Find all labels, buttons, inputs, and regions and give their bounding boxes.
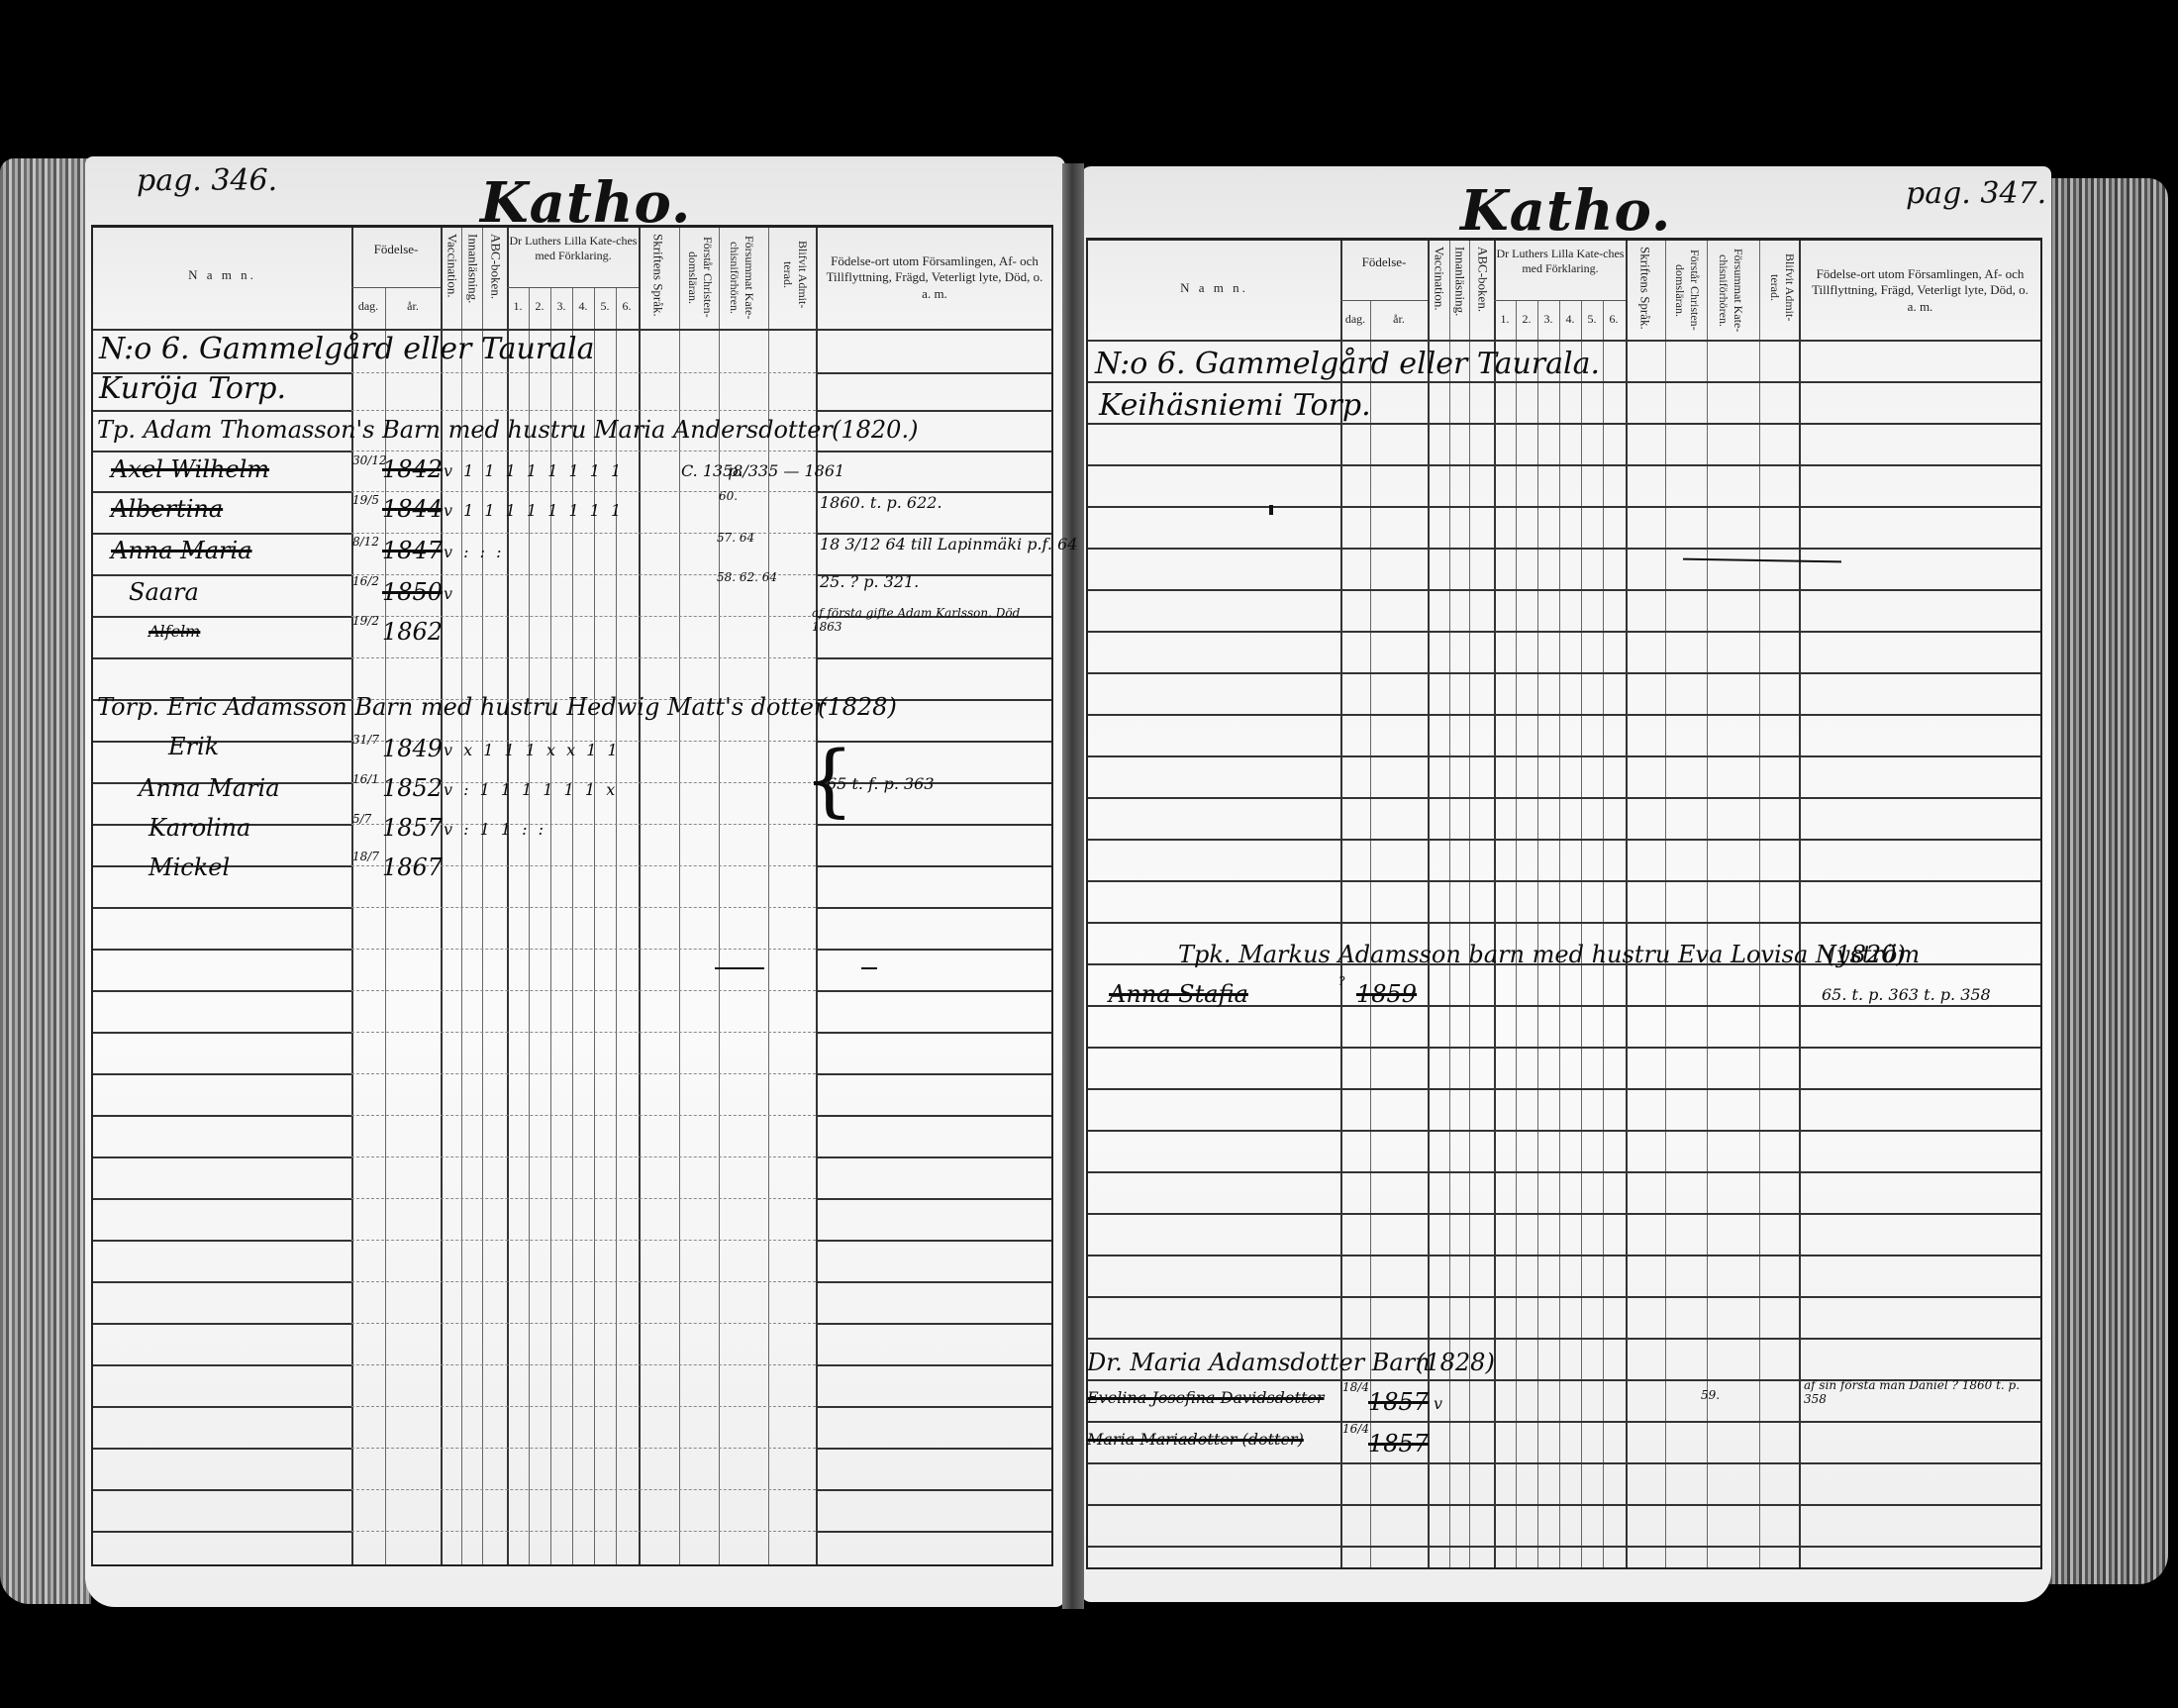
left-entry-saara-year: 1850 xyxy=(382,578,443,606)
header-cat-4: 4. xyxy=(1559,312,1581,327)
right-entry-head-markus: Tpk. Markus Adamsson barn med hustru Eva… xyxy=(1178,941,1920,968)
left-entry-head-adam: Tp. Adam Thomasson's Barn med hustru Mar… xyxy=(97,416,833,444)
left-entry-anna-maria-1-note: 18 3/12 64 till Lapinmäki p.f. 64 xyxy=(820,535,1077,553)
header-abc-book: ABC-boken. xyxy=(487,234,503,299)
left-entry-alfelm: Alfelm xyxy=(148,622,200,641)
header-notes: Födelse-ort utom Församlingen, Af- och T… xyxy=(1809,266,2031,315)
left-entry-anna-maria-1: Anna Maria xyxy=(111,537,252,564)
header-scripture: Skriftens Språk. xyxy=(649,234,665,317)
page-number-right: pag. 347. xyxy=(1906,176,2046,211)
left-entry-alfelm-day: 19/2 xyxy=(352,614,379,628)
left-entry-anna-maria-2-marks: v : 1 1 1 1 1 1 x xyxy=(444,780,618,799)
right-entry-evelina-year: 1857 xyxy=(1368,1388,1429,1416)
header-cat-2: 2. xyxy=(529,299,550,314)
header-understands: Förstår Christen-domsläran. xyxy=(1672,245,1702,336)
header-reading: Innanläsning. xyxy=(1451,247,1467,316)
header-cat-1: 1. xyxy=(1494,312,1516,327)
left-entry-anna-maria-1-day: 8/12 xyxy=(352,535,379,549)
header-birth-day: dag. xyxy=(351,299,385,314)
header-understands: Förstår Christen-domsläran. xyxy=(685,232,715,323)
right-entry-croft: Keihäsniemi Torp. xyxy=(1099,388,1371,423)
left-entry-erik-day: 31/7 xyxy=(352,733,379,747)
left-entry-mickel-year: 1867 xyxy=(382,854,443,881)
header-cat-4: 4. xyxy=(572,299,594,314)
left-entry-karolina: Karolina xyxy=(148,814,250,842)
left-entry-saara-day: 16/2 xyxy=(352,574,379,588)
left-entry-erik: Erik xyxy=(168,733,219,760)
right-entry-head-markus-note: (1820) xyxy=(1827,941,1906,968)
left-entry-axel: Axel Wilhelm xyxy=(111,455,269,483)
left-entry-croft: Kuröja Torp. xyxy=(99,371,286,406)
book-page-edges-right xyxy=(2049,178,2168,1584)
left-entry-erik-year: 1849 xyxy=(382,735,443,762)
header-reading: Innanläsning. xyxy=(464,234,480,303)
header-birth: Födelse- xyxy=(1340,254,1428,270)
header-scripture: Skriftens Språk. xyxy=(1636,247,1652,330)
right-entry-maria-mariadotter-year: 1857 xyxy=(1368,1430,1429,1457)
left-entry-mickel: Mickel xyxy=(148,854,230,881)
left-entry-head-eric: Torp. Eric Adamsson Barn med hustru Hedw… xyxy=(97,693,825,721)
header-missed: Försummat Kate-chisniförhören. xyxy=(727,232,756,323)
left-entry-albertina: Albertina xyxy=(111,495,223,523)
left-entry-anna-maria-1-marks: v : : : xyxy=(444,543,504,561)
left-entry-farm: N:o 6. Gammelgård eller Taurala xyxy=(99,332,594,366)
left-entry-karolina-marks: v : 1 1 : : xyxy=(444,820,546,839)
header-cat-2: 2. xyxy=(1516,312,1537,327)
header-vaccination: Vaccination. xyxy=(444,234,459,298)
right-entry-head-maria: Dr. Maria Adamsdotter Barn xyxy=(1087,1349,1431,1376)
left-entry-anna-maria-2: Anna Maria xyxy=(139,774,280,802)
left-entry-axel-year: 1842 xyxy=(382,455,443,483)
left-entry-karolina-year: 1857 xyxy=(382,814,443,842)
left-entry-albertina-marks: v 1 1 1 1 1 1 1 1 xyxy=(444,501,624,520)
header-birth-year: år. xyxy=(385,299,441,314)
left-entry-axel-marks: v 1 1 1 1 1 1 1 1 xyxy=(444,461,624,480)
left-entry-albertina-admitted: 60. xyxy=(719,489,738,503)
right-entry-evelina-day: 18/4 xyxy=(1342,1380,1369,1394)
left-entry-erik-marks: v x 1 1 1 x x 1 1 xyxy=(444,741,621,759)
right-entry-anna-stafia: Anna Stafia xyxy=(1109,980,1248,1008)
left-entry-head-eric-note: (1828) xyxy=(818,693,897,721)
left-entry-anna-maria-1-year: 1847 xyxy=(382,537,443,564)
left-entry-mickel-day: 18/7 xyxy=(352,850,379,863)
book-page-edges-left xyxy=(0,158,91,1604)
ink-stroke xyxy=(715,967,764,969)
left-entry-saara-marks: v xyxy=(444,584,452,603)
book-gutter xyxy=(1062,163,1084,1609)
header-birth: Födelse- xyxy=(351,242,441,257)
right-entry-anna-stafia-year: 1859 xyxy=(1356,980,1417,1008)
left-entry-anna-maria-2-year: 1852 xyxy=(382,774,443,802)
right-entry-evelina-note: af sin första man Daniel ? 1860 t. p. 35… xyxy=(1804,1378,2037,1406)
header-cat-5: 5. xyxy=(594,299,616,314)
header-missed: Försummat Kate-chisniförhören. xyxy=(1716,245,1745,336)
header-cat-6: 6. xyxy=(616,299,638,314)
header-name: N a m n. xyxy=(1088,280,1340,296)
left-family-brace: { xyxy=(804,741,854,820)
right-entry-evelina-admitted: 59. xyxy=(1701,1388,1720,1402)
left-entry-alfelm-note: af första gifte Adam Karlsson. Död 1863 xyxy=(812,606,1045,634)
right-entry-farm: N:o 6. Gammelgård eller Taurala. xyxy=(1095,347,1600,381)
left-entry-axel-admitted: 58/335 — 1861 xyxy=(723,461,844,480)
header-catechism: Dr Luthers Lilla Kate-ches med Förklarin… xyxy=(509,234,638,263)
header-abc-book: ABC-boken. xyxy=(1474,247,1490,312)
header-cat-1: 1. xyxy=(507,299,529,314)
right-entry-anna-stafia-day: ? xyxy=(1338,974,1344,988)
left-entry-anna-maria-1-admitted: 57. 64 xyxy=(717,531,754,545)
left-entry-anna-maria-2-day: 16/1 xyxy=(352,772,379,786)
header-catechism: Dr Luthers Lilla Kate-ches med Förklarin… xyxy=(1496,247,1625,276)
header-notes: Födelse-ort utom Församlingen, Af- och T… xyxy=(826,253,1043,302)
header-cat-3: 3. xyxy=(550,299,572,314)
header-birth-year: år. xyxy=(1370,312,1428,327)
header-admitted: Blifvit Admit-terad. xyxy=(1767,252,1797,322)
ink-spot xyxy=(1269,505,1273,515)
left-entry-saara-admitted: 58. 62. 64 xyxy=(717,570,777,584)
ink-stroke xyxy=(861,967,877,969)
header-cat-5: 5. xyxy=(1581,312,1603,327)
right-entry-evelina: Evelina Josefina Davidsdotter xyxy=(1087,1388,1325,1407)
header-birth-day: dag. xyxy=(1340,312,1370,327)
right-entry-maria-mariadotter: Maria Mariadotter (dotter) xyxy=(1087,1430,1304,1449)
left-entry-head-adam-note: (1820.) xyxy=(832,416,918,444)
right-entry-maria-mariadotter-day: 16/4 xyxy=(1342,1422,1369,1436)
right-entry-anna-stafia-note: 65. t. p. 363 t. p. 358 xyxy=(1822,985,1991,1004)
left-entry-albertina-note: 1860. t. p. 622. xyxy=(820,493,942,512)
page-number-left: pag. 346. xyxy=(137,163,277,198)
left-entry-albertina-day: 19/5 xyxy=(352,493,379,507)
header-vaccination: Vaccination. xyxy=(1431,247,1446,311)
right-entry-head-maria-note: (1828) xyxy=(1416,1349,1495,1376)
header-admitted: Blifvit Admit-terad. xyxy=(780,240,810,309)
header-cat-3: 3. xyxy=(1537,312,1559,327)
left-entry-karolina-day: 5/7 xyxy=(352,812,371,826)
left-entry-albertina-year: 1844 xyxy=(382,495,443,523)
left-entry-saara-note: 25. ? p. 321. xyxy=(820,572,919,591)
parish-title-right: Katho. xyxy=(1460,178,1671,244)
left-entry-alfelm-year: 1862 xyxy=(382,618,443,646)
right-entry-evelina-marks: v xyxy=(1434,1394,1442,1413)
header-name: N a m n. xyxy=(93,267,351,283)
header-cat-6: 6. xyxy=(1603,312,1625,327)
left-entry-saara: Saara xyxy=(129,578,199,606)
